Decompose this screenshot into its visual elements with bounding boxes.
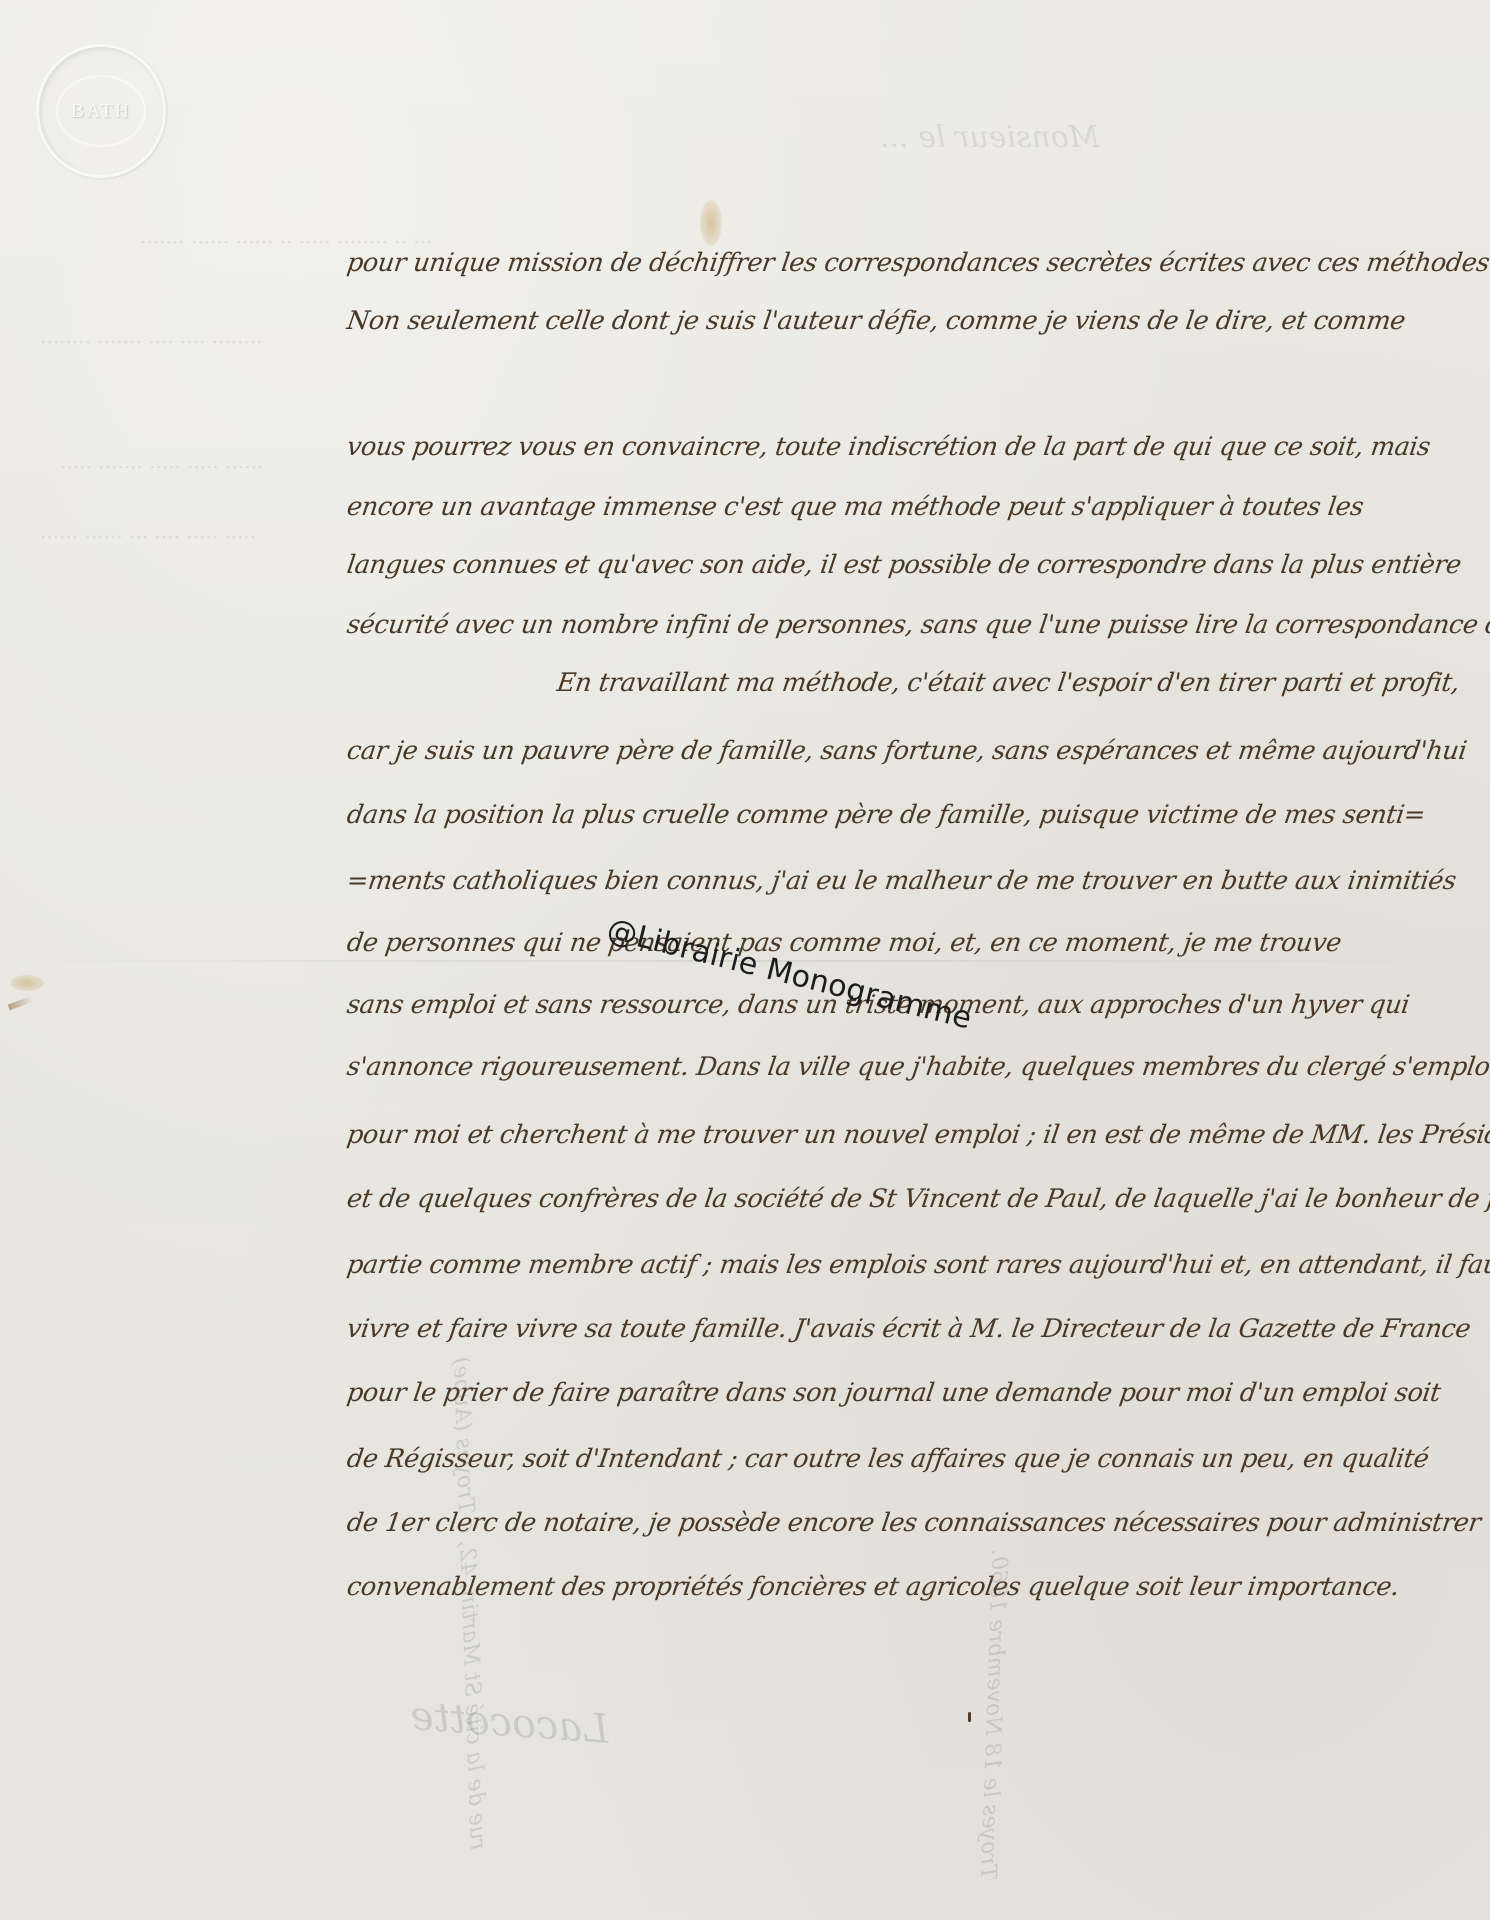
letter-line: de 1er clerc de notaire, je possède enco… (345, 1508, 1483, 1538)
letter-line: Non seulement celle dont je suis l'auteu… (345, 306, 1407, 336)
emboss-seal-text: BATH (56, 75, 146, 147)
bleed-through-text: ····· ····· ···· ··· ······ ······ (40, 525, 256, 549)
letter-line: pour unique mission de déchiffrer les co… (345, 248, 1490, 278)
letter-line: de personnes qui ne pensaient pas comme … (345, 928, 1343, 958)
letter-line: dans la position la plus cruelle comme p… (345, 800, 1427, 830)
ink-mark (968, 1712, 971, 1722)
letter-line: car je suis un pauvre père de famille, s… (345, 736, 1468, 766)
letter-line: pour moi et cherchent à me trouver un no… (345, 1120, 1490, 1150)
letter-line: sécurité avec un nombre infini de person… (345, 610, 1490, 640)
bleed-through-text: ········ ···· ···· ······· ········ (40, 330, 263, 354)
letter-line: convenablement des propriétés foncières … (345, 1572, 1401, 1602)
letter-line-paragraph-start: En travaillant ma méthode, c'était avec … (555, 668, 1461, 698)
letter-line: pour le prier de faire paraître dans son… (345, 1378, 1442, 1408)
emboss-seal-icon: BATH (36, 44, 166, 178)
paper-stain (700, 200, 722, 246)
letter-line: encore un avantage immense c'est que ma … (345, 492, 1365, 522)
letter-line: partie comme membre actif ; mais les emp… (345, 1250, 1490, 1280)
letter-line: vous pourrez vous en convaincre, toute i… (345, 432, 1432, 462)
letter-line: =ments catholiques bien connus, j'ai eu … (345, 866, 1458, 896)
letter-line: vivre et faire vivre sa toute famille. J… (345, 1314, 1472, 1344)
letter-line: langues connues et qu'avec son aide, il … (345, 550, 1463, 580)
letter-line: s'annonce rigoureusement. Dans la ville … (345, 1052, 1490, 1082)
bleed-through-text: ······ ····· ····· ······· ····· (60, 455, 263, 479)
paper-stain (10, 975, 44, 991)
letter-line: et de quelques confrères de la société d… (345, 1184, 1490, 1214)
letter-line: de Régisseur, soit d'Intendant ; car out… (345, 1444, 1431, 1474)
bleed-through-header: Monsieur le ... (880, 120, 1100, 155)
